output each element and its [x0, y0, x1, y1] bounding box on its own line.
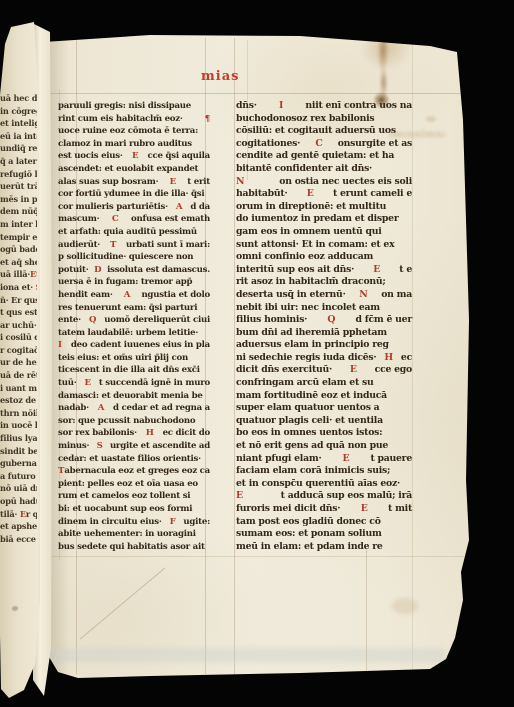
text-line: orum in direptionē: et multitu — [236, 201, 412, 214]
text-line: in cōgregatiō — [0, 105, 37, 118]
text-line: et aq̄ shenū — [0, 256, 37, 269]
text-line: bus sedete qui habitatis asor ait — [58, 541, 210, 554]
text-line: nebit ibi uir: nec incolet eam — [236, 302, 412, 315]
text-line: p sollicitudine· quiescere non — [58, 251, 210, 264]
text-line: bi: et uocabunt sup eos formi — [58, 503, 210, 516]
text-line: niant pfugi elam·Et pauere — [236, 453, 412, 466]
text-line: potuit·Dissoluta est damascus. — [58, 264, 210, 277]
foxing-spot — [426, 116, 436, 122]
text-line: dicit dn̄s exercituū·Ecce ego — [236, 364, 412, 377]
ruling-line — [45, 93, 465, 94]
text-line: et apshencū — [0, 520, 37, 533]
text-line: iona et· Sau — [0, 281, 37, 294]
text-line: mascum·Confusa est emath — [58, 213, 210, 226]
text-line: nō uiā dn̄o er — [0, 482, 37, 495]
text-line: res tenuerunt eam: q̄si parturi — [58, 302, 210, 315]
text-line: habitabūt·Et erunt cameli e — [236, 188, 412, 201]
text-line: mēs in philistī — [0, 193, 37, 206]
text-line: clamoz in mari rubro auditus — [58, 138, 210, 151]
text-line: uoce ruine eoz cōmota ē terra: — [58, 125, 210, 138]
text-line: filius lyamis — [0, 432, 37, 445]
text-line: rint cum eis habitaclm̄ eoz·¶ — [58, 113, 210, 126]
text-line: bitantē confidenter ait dn̄s· — [236, 163, 412, 176]
text-line: et inteligentiā — [0, 117, 37, 130]
text-column-left: paruuli gregis: nisi dissipauerint cum e… — [58, 100, 210, 553]
text-line: dinem in circuitu eius·Fugite: — [58, 516, 210, 529]
text-line: cor mulieris parturiētis·Ad da — [58, 201, 210, 214]
text-line: ascendet: et euolabit expandet — [58, 163, 210, 176]
text-line: uā de rētōz w — [0, 369, 37, 382]
text-line: ur de helam̄ — [0, 356, 37, 369]
text-line: faciam elam corā inimicis suis; — [236, 465, 412, 478]
text-line: eū ia intereūt — [0, 130, 37, 143]
text-line: i cosilū dn̄i se — [0, 331, 37, 344]
text-line: pient: pelles eoz et oīa uasa eo — [58, 478, 210, 491]
text-line: q̄ a latere et regī — [0, 155, 37, 168]
text-line: dem nūq̄ lere — [0, 205, 37, 218]
text-line: Ideo cadent iuuenes eius in pla — [58, 339, 210, 352]
facing-page-edge: uā hec dn̄sin cōgregatiōet inteligentiāe… — [0, 0, 44, 707]
parchment-discoloration-band — [46, 648, 444, 662]
text-line: tatem laudabilē: urbem letitie· — [58, 327, 210, 340]
facing-page-spot — [12, 606, 18, 611]
text-line: gubernatōrs — [0, 457, 37, 470]
text-line: quatuor plagis celi· et uentila — [236, 415, 412, 428]
text-line: ni sedechie regis iuda dicēs·Hec — [236, 352, 412, 365]
text-line: rit asoz in habitaclm̄ draconū; — [236, 276, 412, 289]
text-line: nadab·Ad cedar et ad regna a — [58, 402, 210, 415]
text-line: uersa ē in fugam: tremor app̄ — [58, 276, 210, 289]
text-line: omni confinio eoz adducam — [236, 251, 412, 264]
text-line: aduersus elam in principio reg — [236, 339, 412, 352]
text-line: opū hadūe w — [0, 495, 37, 508]
text-column-right: dn̄s·Iniit enī contra uos nabuchodonosoz… — [236, 100, 412, 553]
text-line: sunt attonsi· Et in comam: et ex — [236, 239, 412, 252]
foxing-spot — [392, 598, 418, 614]
text-line: mam fortitudinē eoz et inducā — [236, 390, 412, 403]
text-line: gam eos in omnem uentū qui — [236, 226, 412, 239]
text-line: interitū sup eos ait dn̄s·Et e — [236, 264, 412, 277]
text-line: cogitationes·Consurgite et as — [236, 138, 412, 151]
text-line: biā ecce dicā — [0, 533, 37, 546]
text-line: ar uchū· me — [0, 319, 37, 332]
text-line: est uocis eius·Ecce q̄si aquila — [58, 150, 210, 163]
text-line: sor rex babilonis·Hec dicit do — [58, 427, 210, 440]
text-line: ogū badoe uī — [0, 243, 37, 256]
text-line: Non ostia nec uectes eis soli — [236, 176, 412, 189]
text-line: meū in elam: et pdam inde re — [236, 541, 412, 554]
text-line: uerūt trānsire — [0, 180, 37, 193]
text-line: sumam eos: et ponam solium — [236, 528, 412, 541]
text-line: uā hec dn̄s — [0, 92, 37, 105]
text-line: et arfath: quia auditū pessimū — [58, 226, 210, 239]
text-line: furoris mei dicit dn̄s·Et mit — [236, 503, 412, 516]
text-line: a futuro currū — [0, 470, 37, 483]
text-line: tempir eo lade — [0, 231, 37, 244]
text-line: Et adducā sup eos malū; irā — [236, 490, 412, 503]
text-line: confringam arcū elam et su — [236, 377, 412, 390]
text-line: cor fortiū ydumee in die illa· q̄si — [58, 188, 210, 201]
text-line: paruuli gregis: nisi dissipaue — [58, 100, 210, 113]
running-title: mias — [201, 69, 239, 84]
parchment-crease — [80, 567, 166, 639]
text-line: tuū·Et succendā ignē in muro — [58, 377, 210, 390]
text-line: bum dn̄i ad iheremiā pphetam — [236, 327, 412, 340]
text-line: n̄· Er qus sit — [0, 294, 37, 307]
text-line: super elam quatuor uentos a — [236, 402, 412, 415]
text-line: audierūt·Turbati sunt ī mari: — [58, 239, 210, 252]
text-line: r cogitaōes — [0, 344, 37, 357]
text-line: cedar: et uastate filios orientis· — [58, 453, 210, 466]
manuscript-photo: mias paruuli gregis: nisi dissipauerint … — [0, 0, 514, 707]
ruling-line — [234, 38, 235, 674]
text-line: ente·Quomō dereliquerūt ciui — [58, 314, 210, 327]
text-line: thrn nōihe — [0, 407, 37, 420]
text-line: filius hominis·Qd fc̄m ē uer — [236, 314, 412, 327]
text-line: buchodonosoz rex babilonis — [236, 113, 412, 126]
text-line: i uant me atō — [0, 382, 37, 395]
text-line: Tabernacula eoz et greges eoz ca — [58, 465, 210, 478]
marginal-inscription-faded: ſmınnīmua· — [389, 130, 445, 144]
parchment-crease — [366, 548, 367, 674]
text-line: minus·Surgite et ascendite ad — [58, 440, 210, 453]
text-line: cōsiliū: et cogitauit aduersū uos — [236, 125, 412, 138]
text-line: rum et camelos eoz tollent si — [58, 490, 210, 503]
text-line: abite uehementer: in uoragini — [58, 528, 210, 541]
text-line: alas suas sup bosram·Et erit — [58, 176, 210, 189]
text-line: et in conspc̄u querentiū aīas eoz· — [236, 478, 412, 491]
text-line: t qus est de ul — [0, 306, 37, 319]
text-line: damasci: et deuorabit menia be — [58, 390, 210, 403]
text-line: in uocē lans de — [0, 419, 37, 432]
text-line: do iumentoz in predam et disper — [236, 213, 412, 226]
text-line: deserta usq̄ in eternū·Non ma — [236, 289, 412, 302]
ruling-line — [45, 556, 465, 557]
text-line: uā illā·Et quō — [0, 268, 37, 281]
text-line: ticescent in die illa ait dn̄s exc̄i — [58, 364, 210, 377]
text-line: tam post eos gladiū donec cō — [236, 516, 412, 529]
text-line: teis eius: et om̄s uiri p̄lij con — [58, 352, 210, 365]
text-line: m inter lex· de — [0, 218, 37, 231]
text-line: sor: que pcussit nabuchodono — [58, 415, 210, 428]
facing-page-text: uā hec dn̄sin cōgregatiōet inteligentiāe… — [0, 92, 37, 545]
text-line: cendite ad gentē quietam: et ha — [236, 150, 412, 163]
text-line: bo eos in omnes uentos istos: — [236, 427, 412, 440]
text-line: undiq̄ regiōes — [0, 142, 37, 155]
text-line: hendit eam·Angustia et dolo — [58, 289, 210, 302]
text-line: tilā· Er quo — [0, 508, 37, 521]
text-line: refugiō lor̄·Cōfu — [0, 168, 37, 181]
text-line: et nō erit gens ad quā non pue — [236, 440, 412, 453]
text-line: sindit besuta — [0, 445, 37, 458]
manuscript-page: mias paruuli gregis: nisi dissipauerint … — [0, 0, 514, 707]
ink-stain-tip — [373, 92, 390, 110]
text-line: estoz de urtā — [0, 394, 37, 407]
